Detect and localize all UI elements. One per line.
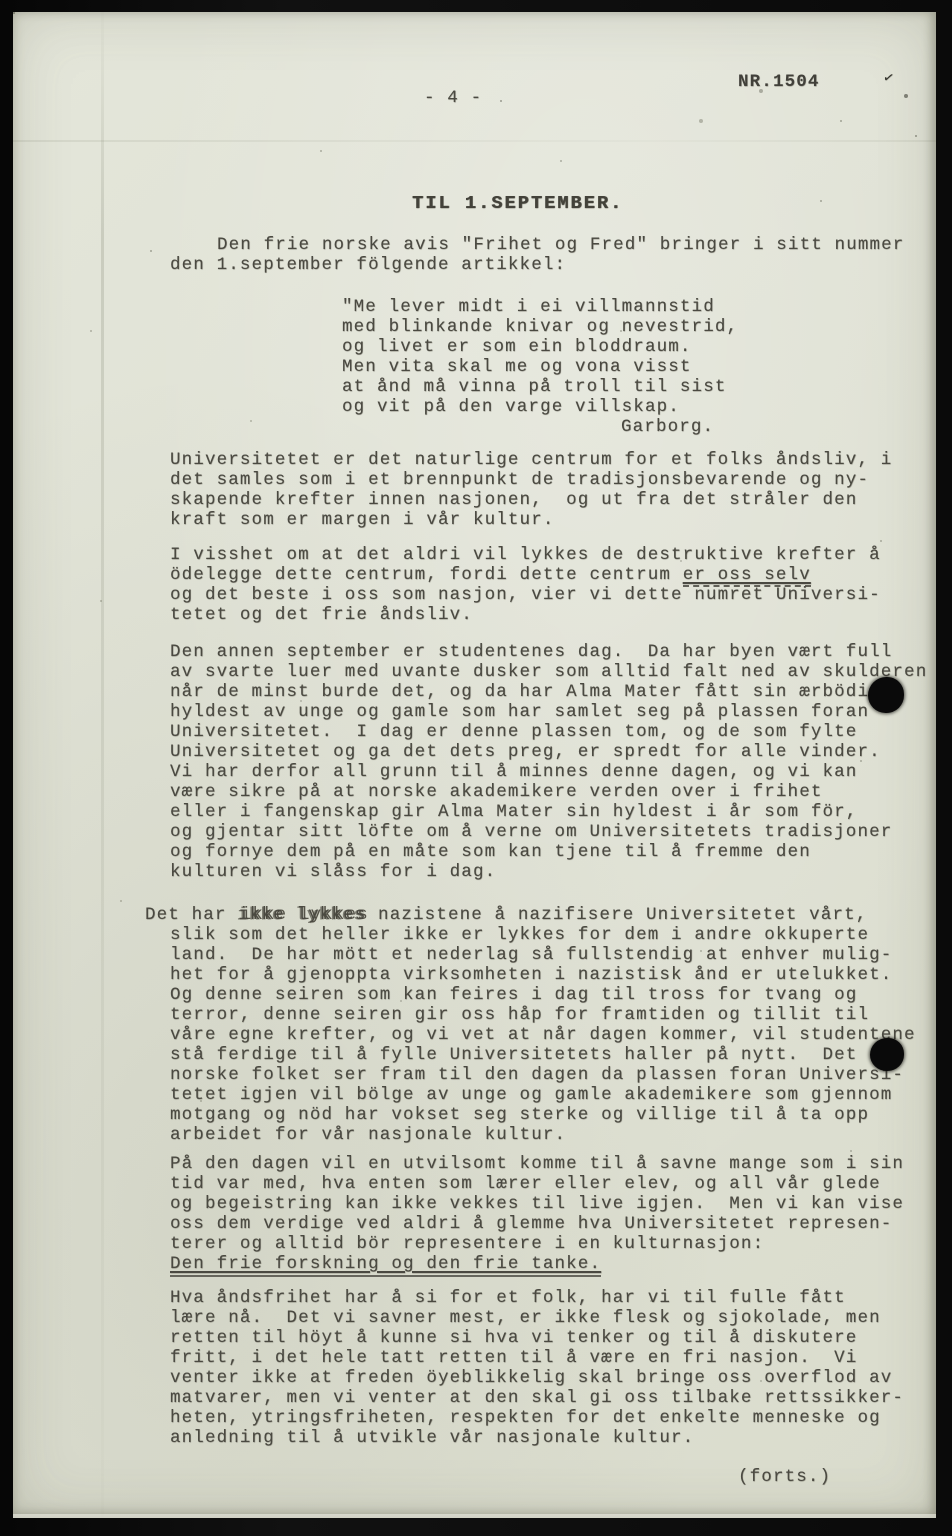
text-run: land. De har mött et nederlag så fullste… xyxy=(170,945,892,965)
text-run: kulturen vi slåss for i dag. xyxy=(170,862,496,882)
text-line: I visshet om at det aldri vil lykkes de … xyxy=(170,545,936,565)
text-run: eller i fangenskap gir Alma Mater sin hy… xyxy=(170,802,857,822)
text-run: tetet og det frie åndsliv. xyxy=(170,605,473,625)
text-run: Universitetet. I dag er denne plassen to… xyxy=(170,722,857,742)
text-run: at ånd må vinna på troll til sist xyxy=(342,377,727,397)
text-run: Det har xyxy=(145,905,238,925)
text-line: slik som det heller ikke er lykkes for d… xyxy=(170,925,936,945)
text-line: skapende krefter innen nasjonen, og ut f… xyxy=(170,490,936,510)
paragraph: På den dagen vil en utvilsomt komme til … xyxy=(170,1154,936,1274)
text-run: I visshet om at det aldri vil lykkes de … xyxy=(170,545,881,565)
text-run: lære nå. Det vi savner mest, er ikke fle… xyxy=(170,1308,881,1328)
text-run: motgang og nöd har vokset seg sterke og … xyxy=(170,1105,869,1125)
text-line: og gjentar sitt löfte om å verne om Univ… xyxy=(170,822,936,842)
text-line: fritt, i det hele tatt retten til å være… xyxy=(170,1348,936,1368)
text-run: av svarte luer med uvante dusker som all… xyxy=(170,662,927,682)
text-line: kulturen vi slåss for i dag. xyxy=(170,862,936,882)
text-run: er oss selv xyxy=(683,565,811,587)
text-line: Hva åndsfrihet har å si for et folk, har… xyxy=(170,1288,936,1308)
text-line: land. De har mött et nederlag så fullste… xyxy=(170,945,936,965)
text-run: terer og alltid bör representere i en ku… xyxy=(170,1234,764,1254)
paragraph: Den annen september er studentenes dag. … xyxy=(170,642,936,882)
text-line: av svarte luer med uvante dusker som all… xyxy=(170,662,936,682)
text-line: den 1.september fölgende artikkel: xyxy=(170,255,936,275)
text-line: kraft som er margen i vår kultur. xyxy=(170,510,936,530)
text-run: norske folket ser fram til den dagen da … xyxy=(170,1065,904,1085)
text-line: Den frie norske avis "Frihet og Fred" br… xyxy=(170,235,936,255)
text-line: stå ferdige til å fylle Universitetets h… xyxy=(170,1045,936,1065)
continuation-note: (forts.) xyxy=(738,1467,831,1487)
text-run: oss dem verdige ved aldri å glemme hva U… xyxy=(170,1214,892,1234)
paragraph: Det har ikke lykkes nazistene å nazifise… xyxy=(170,905,936,1145)
text-line: ödelegge dette centrum, fordi dette cent… xyxy=(170,565,936,585)
hole-punch-mark xyxy=(868,677,904,713)
text-line: Men vita skal me og vona visst xyxy=(342,357,936,377)
paragraph: Universitetet er det naturlige centrum f… xyxy=(170,450,936,530)
text-run: het for å gjenoppta virksomheten i nazis… xyxy=(170,965,892,985)
poem: "Me lever midt i ei villmannstidmed blin… xyxy=(342,297,936,437)
text-line: Garborg. xyxy=(621,417,936,437)
text-line: tetet igjen vil bölge av unge og gamle a… xyxy=(170,1085,936,1105)
text-run: ikke lykkes xyxy=(238,905,366,925)
text-run: Universitetet er det naturlige centrum f… xyxy=(170,450,892,470)
ink-speckles xyxy=(13,12,15,14)
text-line: Og denne seiren som kan feires i dag til… xyxy=(170,985,936,1005)
crease-line xyxy=(13,140,936,142)
text-run: fritt, i det hele tatt retten til å være… xyxy=(170,1348,857,1368)
text-run: Og denne seiren som kan feires i dag til… xyxy=(170,985,857,1005)
text-line: Universitetet. I dag er denne plassen to… xyxy=(170,722,936,742)
text-run: tetet igjen vil bölge av unge og gamle a… xyxy=(170,1085,892,1105)
text-run: venter ikke at freden öyeblikkelig skal … xyxy=(170,1368,892,1388)
text-line: når de minst burde det, og da har Alma M… xyxy=(170,682,936,702)
text-run: Den frie forskning og den frie tanke. xyxy=(170,1254,601,1277)
text-run: og begeistring kan ikke vekkes til live … xyxy=(170,1194,904,1214)
text-line: motgang og nöd har vokset seg sterke og … xyxy=(170,1105,936,1125)
text-line: at ånd må vinna på troll til sist xyxy=(342,377,936,397)
document-body: Den frie norske avis "Frihet og Fred" br… xyxy=(170,235,936,1448)
text-line: og fornye dem på en måte som kan tjene t… xyxy=(170,842,936,862)
text-line: Universitetet er det naturlige centrum f… xyxy=(170,450,936,470)
paper: - 4 - NR.1504 ✓ TIL 1.SEPTEMBER. Den fri… xyxy=(13,12,936,1518)
text-line: retten til höyt å kunne si hva vi tenker… xyxy=(170,1328,936,1348)
text-line: Vi har derfor all grunn til å minnes den… xyxy=(170,762,936,782)
text-line: tid var med, hva enten som lærer eller e… xyxy=(170,1174,936,1194)
text-run: stå ferdige til å fylle Universitetets h… xyxy=(170,1045,857,1065)
text-run: være sikre på at norske akademikere verd… xyxy=(170,782,823,802)
text-line: eller i fangenskap gir Alma Mater sin hy… xyxy=(170,802,936,822)
text-line: tetet og det frie åndsliv. xyxy=(170,605,936,625)
text-line: arbeidet for vår nasjonale kultur. xyxy=(170,1125,936,1145)
text-run: heten, ytringsfriheten, respekten for de… xyxy=(170,1408,881,1428)
text-line: og vit på den varge villskap. xyxy=(342,397,936,417)
text-line: terror, denne seiren gir oss håp for fra… xyxy=(170,1005,936,1025)
text-run: Den annen september er studentenes dag. … xyxy=(170,642,892,662)
text-run: og livet er som ein bloddraum. xyxy=(342,337,692,357)
text-line: het for å gjenoppta virksomheten i nazis… xyxy=(170,965,936,985)
paragraph: Hva åndsfrihet har å si for et folk, har… xyxy=(170,1288,936,1448)
scan-frame: - 4 - NR.1504 ✓ TIL 1.SEPTEMBER. Den fri… xyxy=(0,0,952,1536)
text-run: og vit på den varge villskap. xyxy=(342,397,680,417)
text-line: Universitetet og ga det dets preg, er sp… xyxy=(170,742,936,762)
text-line: med blinkande knivar og nevestrid, xyxy=(342,317,936,337)
text-run: arbeidet for vår nasjonale kultur. xyxy=(170,1125,566,1145)
text-run: med blinkande knivar og nevestrid, xyxy=(342,317,738,337)
page-number: - 4 - xyxy=(424,88,482,108)
text-run: tid var med, hva enten som lærer eller e… xyxy=(170,1174,881,1194)
page-title: TIL 1.SEPTEMBER. xyxy=(412,193,623,214)
hole-punch-mark xyxy=(870,1038,904,1071)
text-run: når de minst burde det, og da har Alma M… xyxy=(170,682,881,702)
text-run: matvarer, men vi venter at den skal gi o… xyxy=(170,1388,904,1408)
text-run: skapende krefter innen nasjonen, og ut f… xyxy=(170,490,857,510)
text-line: lære nå. Det vi savner mest, er ikke fle… xyxy=(170,1308,936,1328)
text-run: kraft som er margen i vår kultur. xyxy=(170,510,555,530)
text-line: Den frie forskning og den frie tanke. xyxy=(170,1254,936,1274)
text-run: den 1.september fölgende artikkel: xyxy=(170,255,566,275)
text-line: og det beste i oss som nasjon, vier vi d… xyxy=(170,585,936,605)
text-run: terror, denne seiren gir oss håp for fra… xyxy=(170,1005,869,1025)
text-run: Den frie norske avis "Frihet og Fred" br… xyxy=(217,235,904,255)
text-line: "Me lever midt i ei villmannstid xyxy=(342,297,936,317)
text-line: norske folket ser fram til den dagen da … xyxy=(170,1065,936,1085)
text-line: være sikre på at norske akademikere verd… xyxy=(170,782,936,802)
text-run: Hva åndsfrihet har å si for et folk, har… xyxy=(170,1288,846,1308)
text-run: det samles som i et brennpunkt de tradis… xyxy=(170,470,869,490)
text-run: nazistene å nazifisere Universitetet vår… xyxy=(366,905,867,925)
text-line: matvarer, men vi venter at den skal gi o… xyxy=(170,1388,936,1408)
text-run: Men vita skal me og vona visst xyxy=(342,357,692,377)
text-run: retten til höyt å kunne si hva vi tenker… xyxy=(170,1328,857,1348)
text-line: venter ikke at freden öyeblikkelig skal … xyxy=(170,1368,936,1388)
text-run: hyldest av unge og gamle som har samlet … xyxy=(170,702,869,722)
text-run: Universitetet og ga det dets preg, er sp… xyxy=(170,742,881,762)
text-line: våre egne krefter, og vi vet at når dage… xyxy=(170,1025,936,1045)
text-run: og gjentar sitt löfte om å verne om Univ… xyxy=(170,822,892,842)
intro-paragraph: Den frie norske avis "Frihet og Fred" br… xyxy=(170,235,936,275)
text-line: hyldest av unge og gamle som har samlet … xyxy=(170,702,936,722)
text-run: slik som det heller ikke er lykkes for d… xyxy=(170,925,869,945)
text-run: På den dagen vil en utvilsomt komme til … xyxy=(170,1154,904,1174)
text-line: anledning til å utvikle vår nasjonale ku… xyxy=(170,1428,936,1448)
text-line: heten, ytringsfriheten, respekten for de… xyxy=(170,1408,936,1428)
text-line: På den dagen vil en utvilsomt komme til … xyxy=(170,1154,936,1174)
text-line: oss dem verdige ved aldri å glemme hva U… xyxy=(170,1214,936,1234)
text-run: Vi har derfor all grunn til å minnes den… xyxy=(170,762,857,782)
text-line: det samles som i et brennpunkt de tradis… xyxy=(170,470,936,490)
checkmark-icon: ✓ xyxy=(882,67,895,87)
text-line: Det har ikke lykkes nazistene å nazifise… xyxy=(145,905,936,925)
text-line: Den annen september er studentenes dag. … xyxy=(170,642,936,662)
text-run: og fornye dem på en måte som kan tjene t… xyxy=(170,842,811,862)
text-line: terer og alltid bör representere i en ku… xyxy=(170,1234,936,1254)
crease-line xyxy=(101,12,104,1518)
text-run: og det beste i oss som nasjon, vier vi d… xyxy=(170,585,881,605)
text-run: "Me lever midt i ei villmannstid xyxy=(342,297,715,317)
text-line: og begeistring kan ikke vekkes til live … xyxy=(170,1194,936,1214)
text-run: våre egne krefter, og vi vet at når dage… xyxy=(170,1025,916,1045)
text-line: og livet er som ein bloddraum. xyxy=(342,337,936,357)
doc-number: NR.1504 xyxy=(738,72,820,92)
text-run: anledning til å utvikle vår nasjonale ku… xyxy=(170,1428,694,1448)
paragraph: I visshet om at det aldri vil lykkes de … xyxy=(170,545,936,625)
text-run: Garborg. xyxy=(621,417,714,437)
text-run: ödelegge dette centrum, fordi dette cent… xyxy=(170,565,683,585)
